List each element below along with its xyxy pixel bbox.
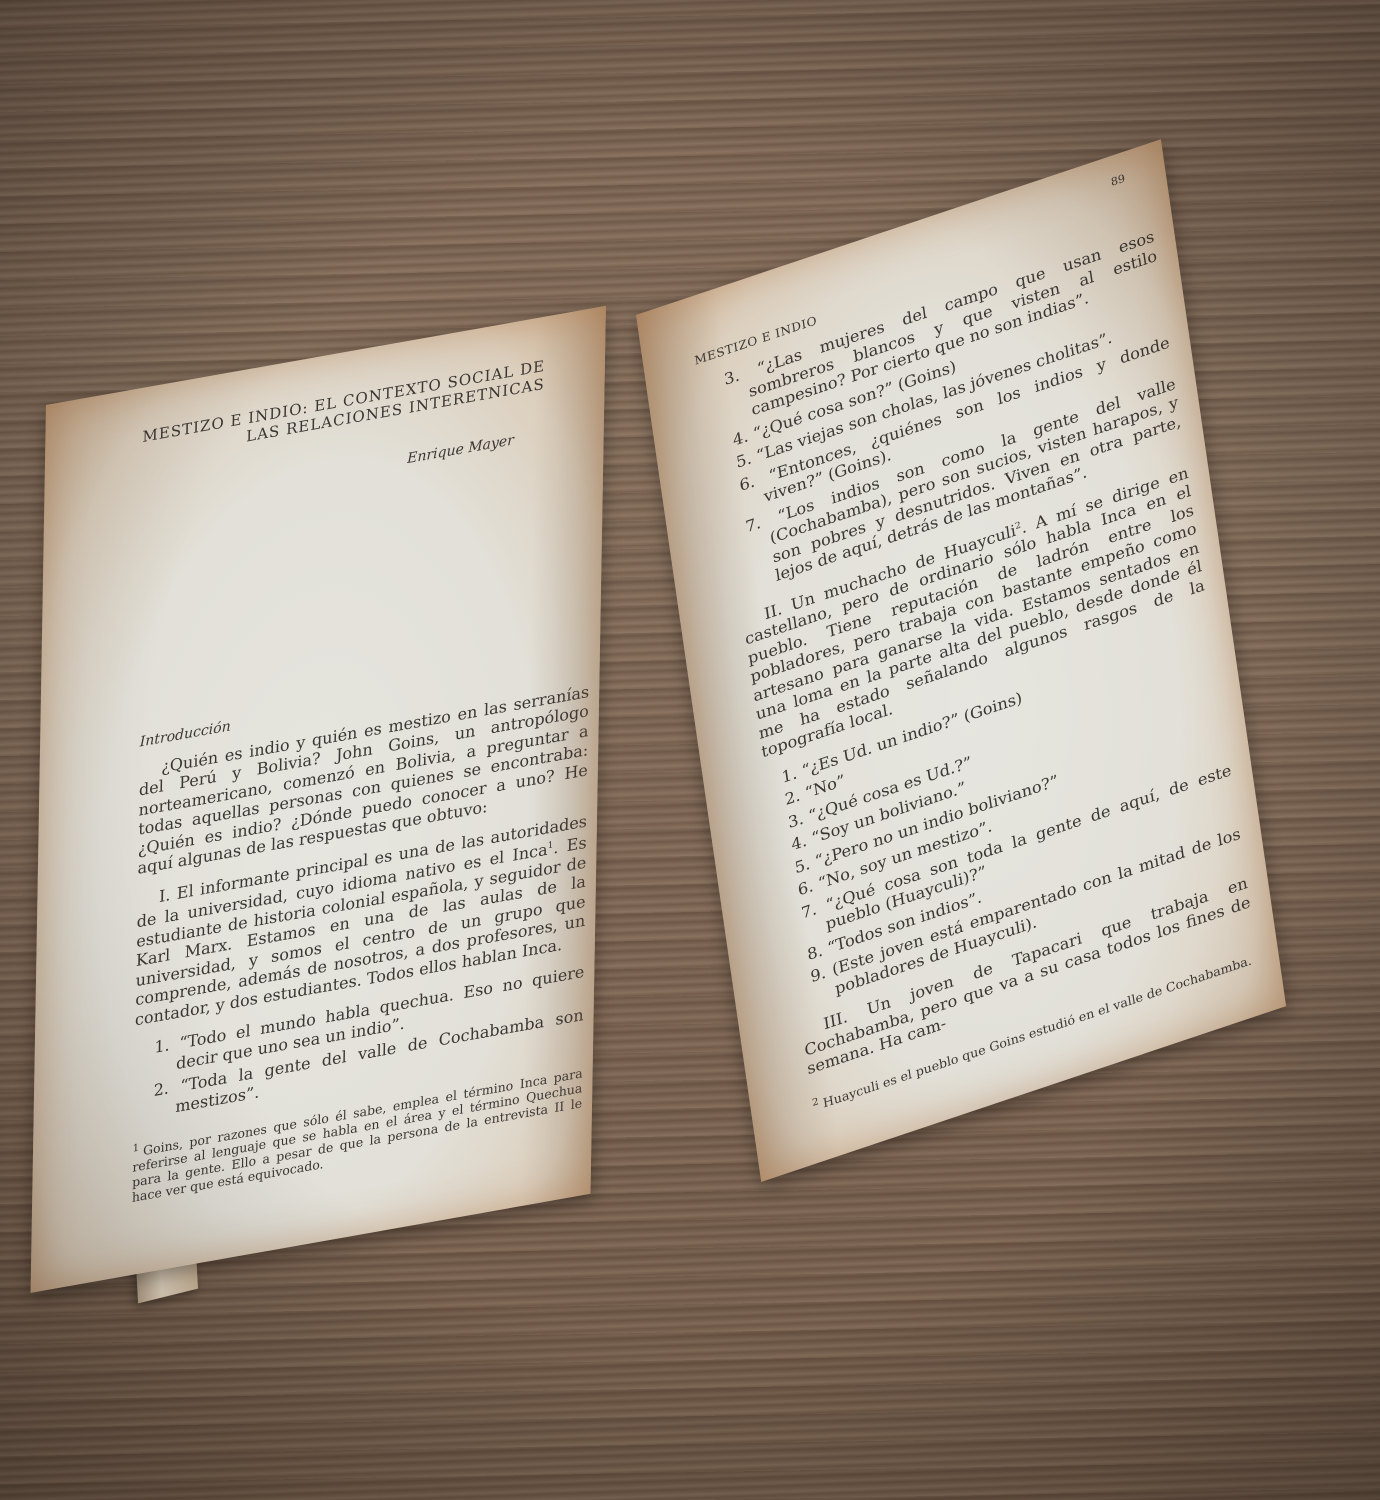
right-page-body: 3. “¿Las mujeres del campo que usan esos… (707, 223, 1260, 1114)
quote-number: 1. (780, 763, 798, 786)
quote-number: 5. (793, 854, 811, 877)
right-page: 89 MESTIZO E INDIO 3. “¿Las mujeres del … (636, 139, 1286, 1182)
quote-number: 5. (735, 448, 753, 471)
quote-number: 2. (784, 786, 802, 809)
quote-number: 2. (154, 1079, 170, 1101)
quote-number: 9. (809, 963, 827, 986)
left-page: MESTIZO E INDIO: EL CONTEXTO SOCIAL DE L… (31, 306, 606, 1293)
quote-number: 4. (790, 831, 808, 854)
left-page-body: Introducción ¿Quién es indio y quién es … (132, 654, 590, 1206)
page-number: 89 (1110, 172, 1126, 189)
quote-number: 3. (787, 809, 805, 832)
footnote-number: 2 (811, 1096, 819, 1109)
quote-number: 6. (738, 471, 756, 494)
quote-number: 4. (732, 426, 750, 449)
quote-number: 1. (154, 1036, 170, 1058)
quote-number: 3. (723, 366, 741, 389)
author-name: Enrique Mayer (407, 432, 514, 467)
footnote-number: 1 (133, 1143, 140, 1155)
quote-number: 8. (806, 941, 824, 964)
quote-number: 7. (800, 899, 818, 922)
quote-number: 7. (744, 513, 762, 536)
quote-number: 6. (797, 876, 815, 899)
